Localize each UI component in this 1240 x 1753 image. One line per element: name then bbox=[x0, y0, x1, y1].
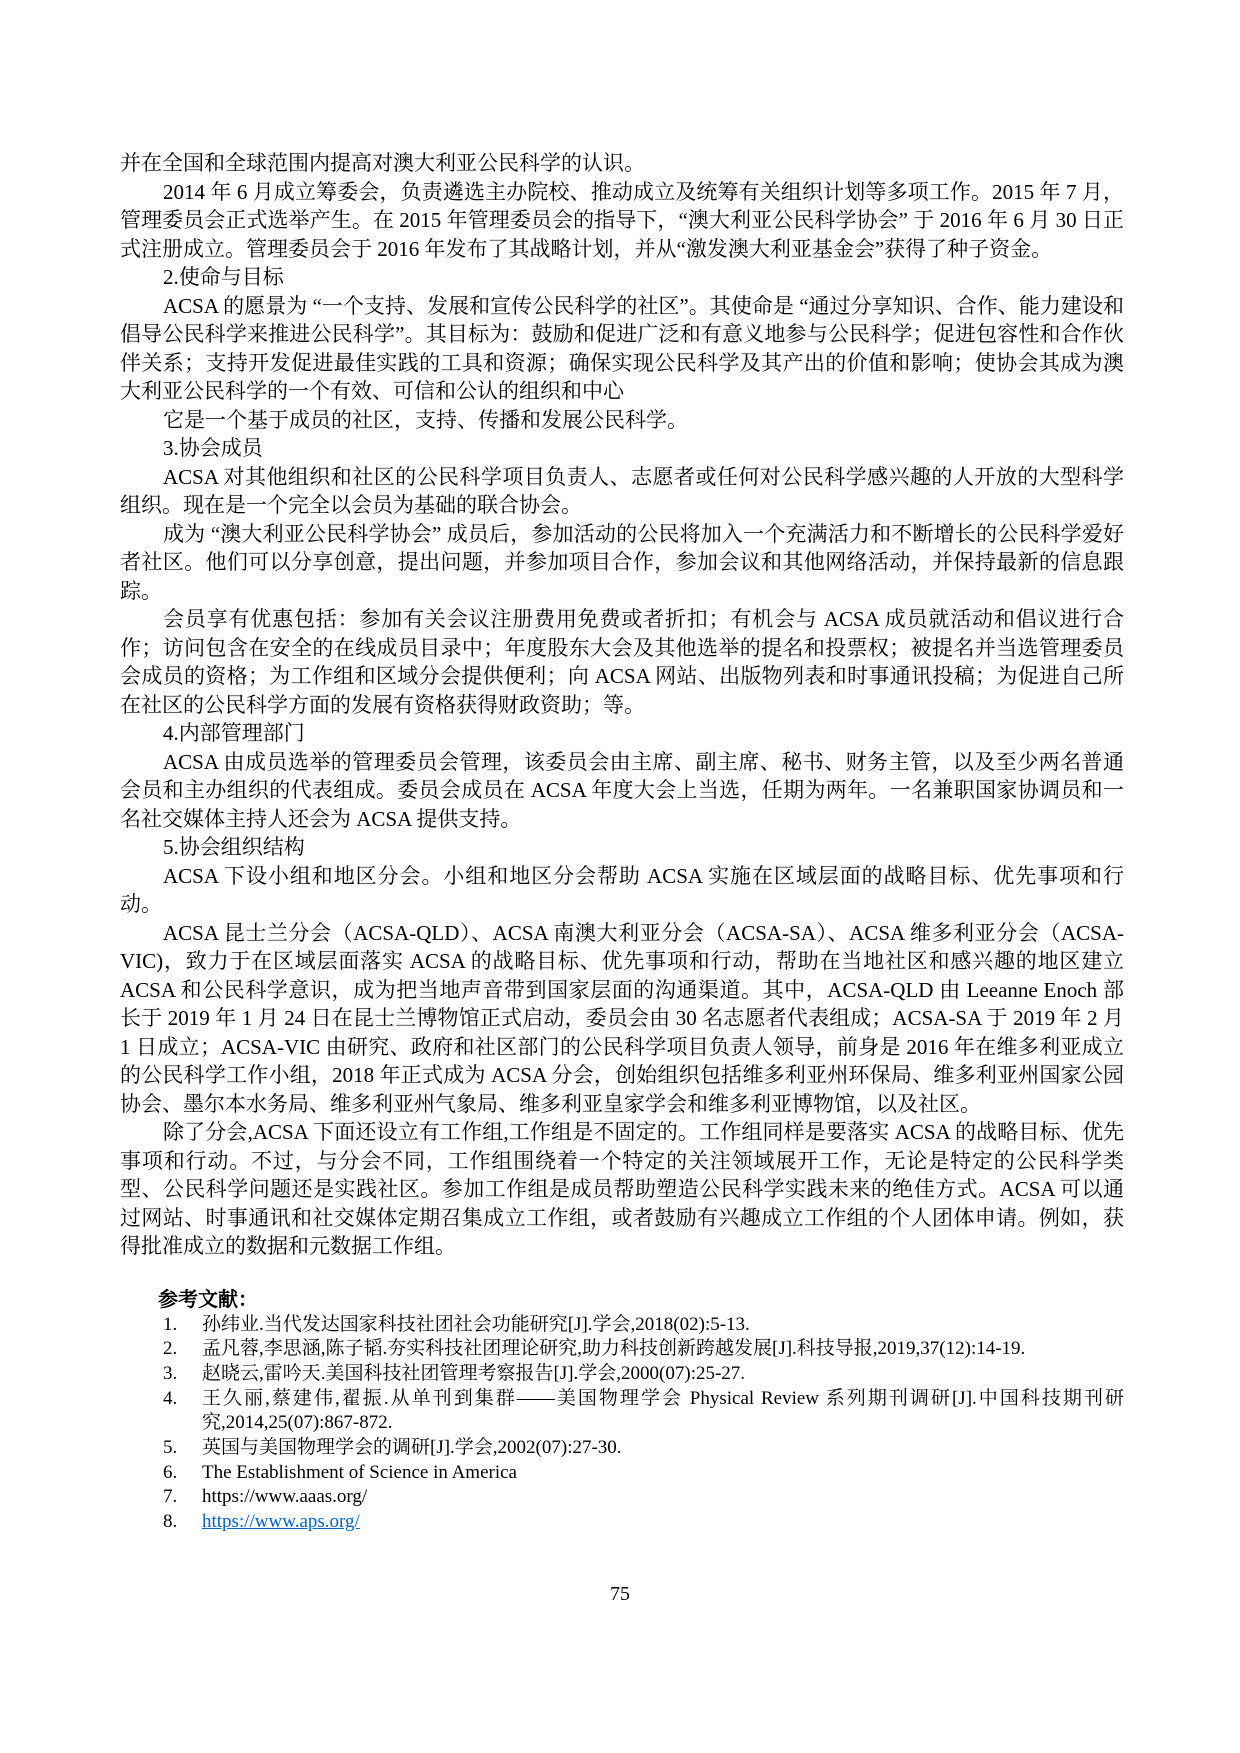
references-heading: 参考文献： bbox=[158, 1287, 1124, 1313]
reference-text: 英国与美国物理学会的调研[J].学会,2002(07):27-30. bbox=[202, 1437, 622, 1458]
body-paragraph: 并在全国和全球范围内提高对澳大利亚公民科学的认识。 bbox=[120, 149, 1124, 178]
reference-text: The Establishment of Science in America bbox=[202, 1462, 517, 1483]
body-paragraph: ACSA 昆士兰分会（ACSA-QLD）、ACSA 南澳大利亚分会（ACSA-S… bbox=[120, 919, 1124, 1119]
reference-number: 5. bbox=[163, 1436, 177, 1461]
reference-text: 王久丽,蔡建伟,翟振.从单刊到集群——美国物理学会 Physical Revie… bbox=[202, 1388, 1124, 1434]
reference-item: 3. 赵晓云,雷吟天.美国科技社团管理考察报告[J].学会,2000(07):2… bbox=[120, 1362, 1124, 1387]
reference-item: 2. 孟凡蓉,李思涵,陈子韬.夯实科技社团理论研究,助力科技创新跨越发展[J].… bbox=[120, 1337, 1124, 1362]
section-heading-structure: 5.协会组织结构 bbox=[120, 833, 1124, 862]
body-paragraph: 它是一个基于成员的社区，支持、传播和发展公民科学。 bbox=[120, 406, 1124, 435]
body-paragraph: ACSA 的愿景为 “一个支持、发展和宣传公民科学的社区”。其使命是 “通过分享… bbox=[120, 292, 1124, 406]
reference-number: 4. bbox=[163, 1387, 177, 1412]
body-paragraph: 会员享有优惠包括：参加有关会议注册费用免费或者折扣；有机会与 ACSA 成员就活… bbox=[120, 605, 1124, 719]
body-paragraph: ACSA 由成员选举的管理委员会管理，该委员会由主席、副主席、秘书、财务主管，以… bbox=[120, 748, 1124, 834]
document-page: 并在全国和全球范围内提高对澳大利亚公民科学的认识。 2014 年 6 月成立筹委… bbox=[0, 0, 1240, 1753]
references-section: 参考文献： 1. 孙纬业.当代发达国家科技社团社会功能研究[J].学会,2018… bbox=[120, 1287, 1124, 1535]
references-list: 1. 孙纬业.当代发达国家科技社团社会功能研究[J].学会,2018(02):5… bbox=[120, 1313, 1124, 1535]
reference-item: 7. https://www.aaas.org/ bbox=[120, 1485, 1124, 1510]
reference-number: 3. bbox=[163, 1362, 177, 1387]
page-content: 并在全国和全球范围内提高对澳大利亚公民科学的认识。 2014 年 6 月成立筹委… bbox=[120, 149, 1124, 1535]
body-paragraph: ACSA 下设小组和地区分会。小组和地区分会帮助 ACSA 实施在区域层面的战略… bbox=[120, 862, 1124, 919]
reference-item: 4. 王久丽,蔡建伟,翟振.从单刊到集群——美国物理学会 Physical Re… bbox=[120, 1387, 1124, 1436]
section-heading-mission: 2.使命与目标 bbox=[120, 263, 1124, 292]
body-paragraph: 2014 年 6 月成立筹委会，负责遴选主办院校、推动成立及统筹有关组织计划等多… bbox=[120, 178, 1124, 264]
section-heading-management: 4.内部管理部门 bbox=[120, 719, 1124, 748]
reference-number: 8. bbox=[163, 1510, 177, 1535]
reference-item: 5. 英国与美国物理学会的调研[J].学会,2002(07):27-30. bbox=[120, 1436, 1124, 1461]
reference-item: 6. The Establishment of Science in Ameri… bbox=[120, 1461, 1124, 1486]
reference-item: 1. 孙纬业.当代发达国家科技社团社会功能研究[J].学会,2018(02):5… bbox=[120, 1313, 1124, 1338]
reference-text: 赵晓云,雷吟天.美国科技社团管理考察报告[J].学会,2000(07):25-2… bbox=[202, 1363, 745, 1384]
reference-text: 孙纬业.当代发达国家科技社团社会功能研究[J].学会,2018(02):5-13… bbox=[202, 1314, 750, 1335]
body-paragraph: ACSA 对其他组织和社区的公民科学项目负责人、志愿者或任何对公民科学感兴趣的人… bbox=[120, 463, 1124, 520]
body-paragraph: 成为 “澳大利亚公民科学协会” 成员后，参加活动的公民将加入一个充满活力和不断增… bbox=[120, 520, 1124, 606]
reference-number: 7. bbox=[163, 1485, 177, 1510]
page-number: 75 bbox=[0, 1582, 1240, 1606]
reference-number: 6. bbox=[163, 1461, 177, 1486]
section-heading-members: 3.协会成员 bbox=[120, 434, 1124, 463]
reference-item: 8. https://www.aps.org/ bbox=[120, 1510, 1124, 1535]
reference-number: 1. bbox=[163, 1313, 177, 1338]
reference-number: 2. bbox=[163, 1337, 177, 1362]
reference-text: 孟凡蓉,李思涵,陈子韬.夯实科技社团理论研究,助力科技创新跨越发展[J].科技导… bbox=[202, 1338, 1025, 1359]
reference-aps-link[interactable]: https://www.aps.org/ bbox=[202, 1511, 360, 1532]
reference-aaas-url: https://www.aaas.org/ bbox=[202, 1486, 367, 1507]
body-paragraph: 除了分会,ACSA 下面还设立有工作组,工作组是不固定的。工作组同样是要落实 A… bbox=[120, 1118, 1124, 1261]
